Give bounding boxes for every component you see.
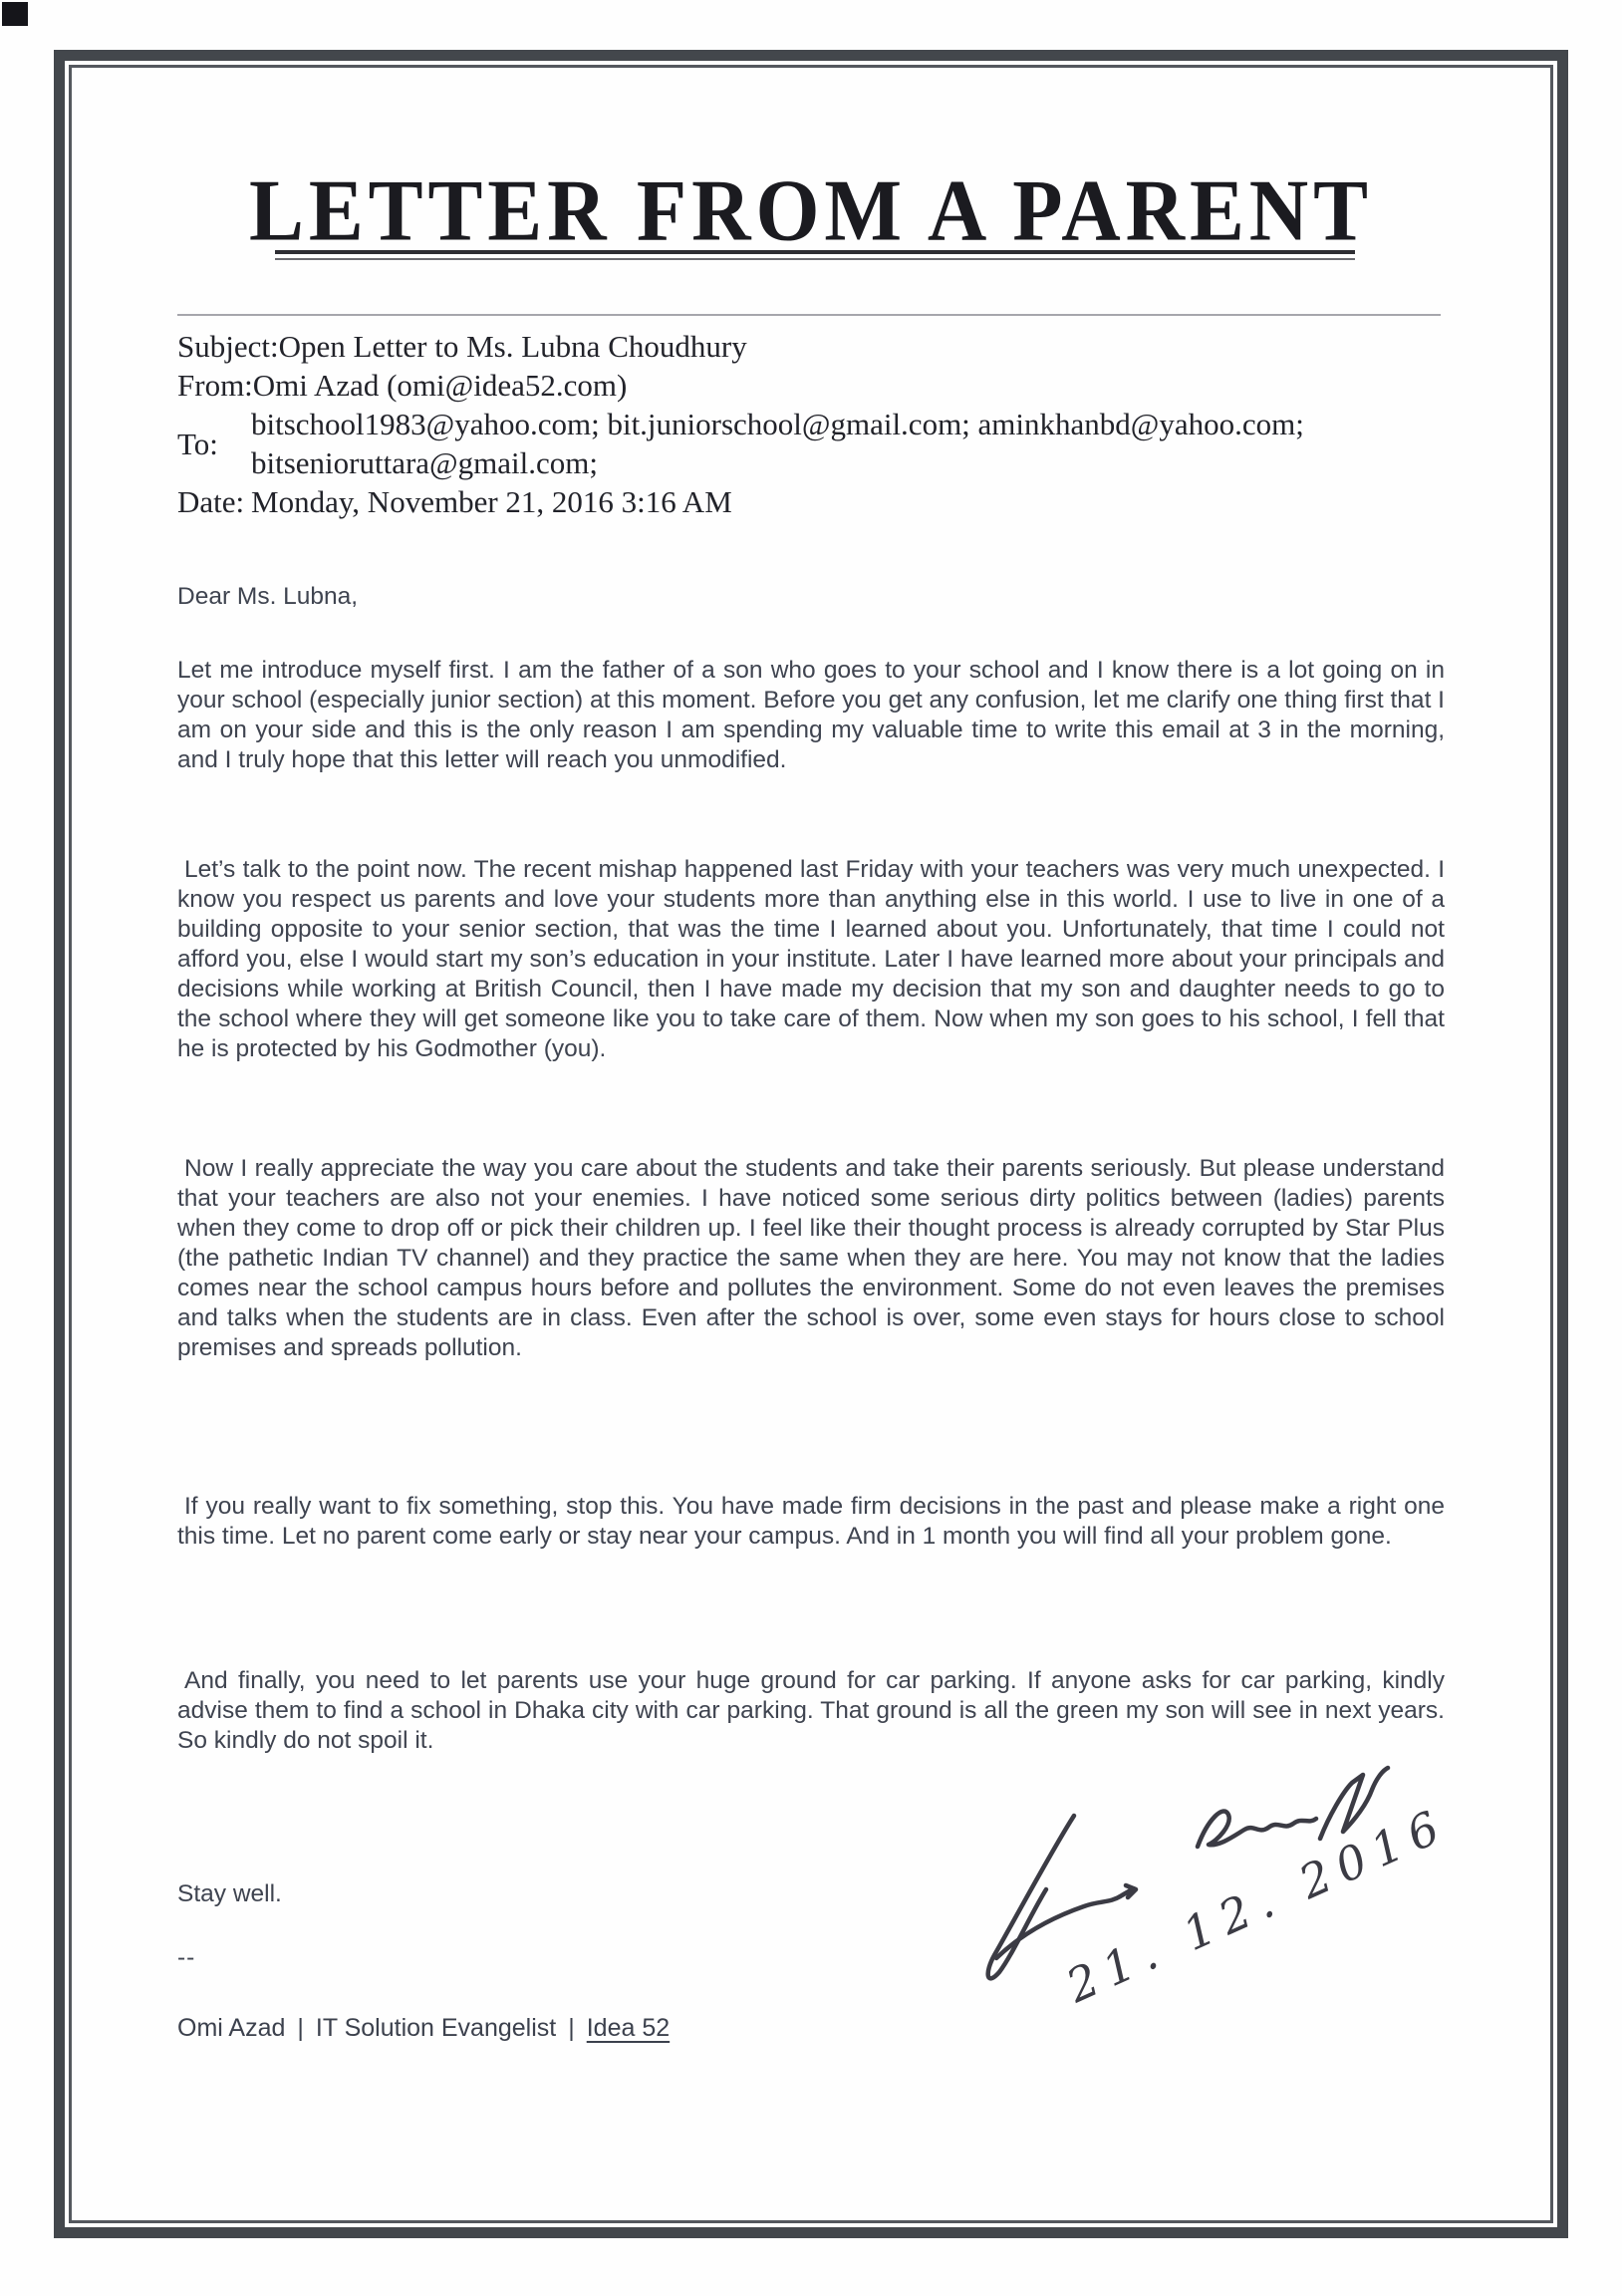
to-value-line2: bitsenioruttara@gmail.com; — [251, 443, 1304, 482]
signature-scrawl-surname — [1198, 1811, 1316, 1847]
page-title: LETTER FROM A PARENT — [16, 160, 1605, 262]
date-row: Date: Monday, November 21, 2016 3:16 AM — [177, 482, 1453, 521]
paragraph-intro: Let me introduce myself first. I am the … — [177, 656, 1445, 775]
to-value: bitschool1983@yahoo.com; bit.juniorschoo… — [251, 405, 1304, 482]
paragraph-fix-something: If you really want to fix something, sto… — [177, 1492, 1445, 1552]
to-row: To: bitschool1983@yahoo.com; bit.juniors… — [177, 405, 1453, 482]
to-label: To: — [177, 425, 251, 463]
title-underline — [275, 250, 1355, 254]
paragraph-mishap: Let’s talk to the point now. The recent … — [177, 855, 1445, 1064]
subject-value: Open Letter to Ms. Lubna Choudhury — [279, 327, 747, 366]
date-value: Monday, November 21, 2016 3:16 AM — [251, 482, 732, 521]
header-divider — [177, 314, 1441, 316]
from-label: From: — [177, 366, 253, 405]
scan-artifact — [2, 2, 28, 26]
email-header: Subject:Open Letter to Ms. Lubna Choudhu… — [177, 327, 1453, 521]
paragraph-parents-politics: Now I really appreciate the way you care… — [177, 1154, 1445, 1363]
from-row: From: Omi Azad (omi@idea52.com) — [177, 366, 1453, 405]
salutation: Dear Ms. Lubna, — [177, 582, 1445, 612]
sender-name: Omi Azad — [177, 2014, 285, 2042]
handwritten-signature: 21. 12. 2016 — [946, 1734, 1504, 2073]
footer-separator-2: | — [568, 2014, 575, 2042]
to-value-line1: bitschool1983@yahoo.com; bit.juniorschoo… — [251, 405, 1304, 443]
subject-label: Subject: — [177, 327, 279, 366]
date-label: Date: — [177, 482, 251, 521]
sender-company: Idea 52 — [587, 2014, 670, 2042]
from-value: Omi Azad (omi@idea52.com) — [253, 366, 627, 405]
sender-role: IT Solution Evangelist — [316, 2014, 556, 2042]
footer-separator-1: | — [297, 2014, 304, 2042]
scanned-letter-page: LETTER FROM A PARENT Subject:Open Letter… — [0, 0, 1622, 2296]
title-underline-thin — [275, 258, 1355, 260]
subject-row: Subject:Open Letter to Ms. Lubna Choudhu… — [177, 327, 1453, 366]
